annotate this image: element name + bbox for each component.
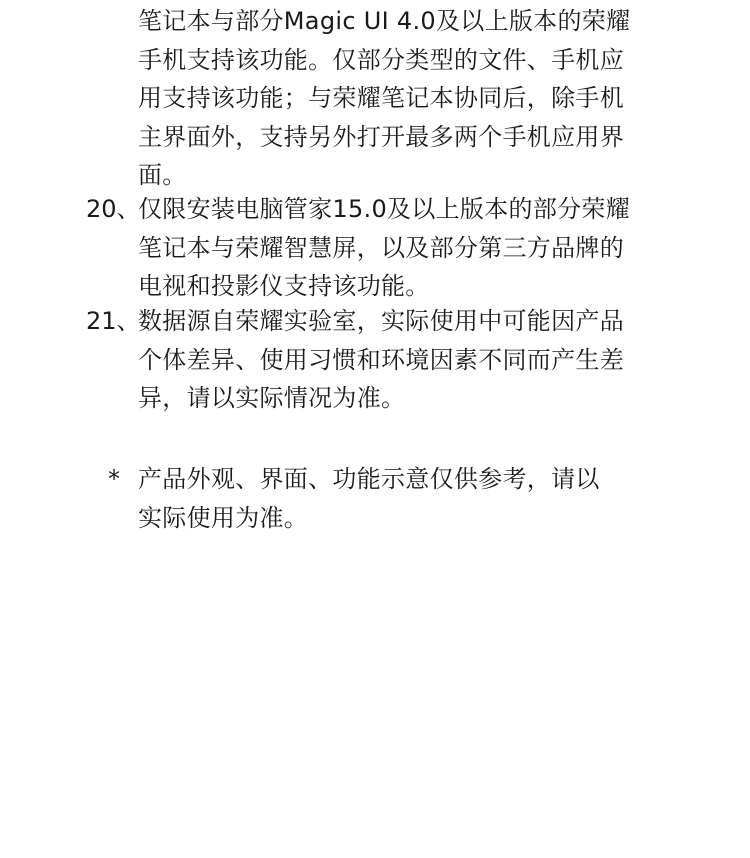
footnote-text: 笔记本与部分Magic UI 4.0及以上版本的荣耀 手机支持该功能。仅部分类型… bbox=[138, 2, 658, 195]
text-line: 个体差异、使用习惯和环境因素不同而产生差 bbox=[138, 341, 658, 380]
text-line: 面。 bbox=[138, 156, 658, 195]
footnote-number: 20、 bbox=[86, 190, 141, 229]
text-line: 实际使用为准。 bbox=[138, 499, 658, 538]
text-line: 笔记本与荣耀智慧屏，以及部分第三方品牌的 bbox=[138, 229, 658, 268]
text-line: 数据源自荣耀实验室，实际使用中可能因产品 bbox=[138, 302, 658, 341]
text-line: 产品外观、界面、功能示意仅供参考，请以 bbox=[138, 460, 658, 499]
text-line: 笔记本与部分Magic UI 4.0及以上版本的荣耀 bbox=[138, 2, 658, 41]
disclaimer-text: 产品外观、界面、功能示意仅供参考，请以 实际使用为准。 bbox=[138, 460, 658, 537]
footnote-number: 21、 bbox=[86, 302, 141, 341]
text-line: 主界面外，支持另外打开最多两个手机应用界 bbox=[138, 118, 658, 157]
footnote-text: 数据源自荣耀实验室，实际使用中可能因产品 个体差异、使用习惯和环境因素不同而产生… bbox=[138, 302, 658, 418]
text-line: 手机支持该功能。仅部分类型的文件、手机应 bbox=[138, 41, 658, 80]
asterisk-marker: * bbox=[108, 460, 120, 499]
footnote-text: 仅限安装电脑管家15.0及以上版本的部分荣耀 笔记本与荣耀智慧屏，以及部分第三方… bbox=[138, 190, 658, 306]
text-line: 仅限安装电脑管家15.0及以上版本的部分荣耀 bbox=[138, 190, 658, 229]
text-line: 电视和投影仪支持该功能。 bbox=[138, 267, 658, 306]
text-line: 异，请以实际情况为准。 bbox=[138, 379, 658, 418]
text-line: 用支持该功能；与荣耀笔记本协同后，除手机 bbox=[138, 79, 658, 118]
